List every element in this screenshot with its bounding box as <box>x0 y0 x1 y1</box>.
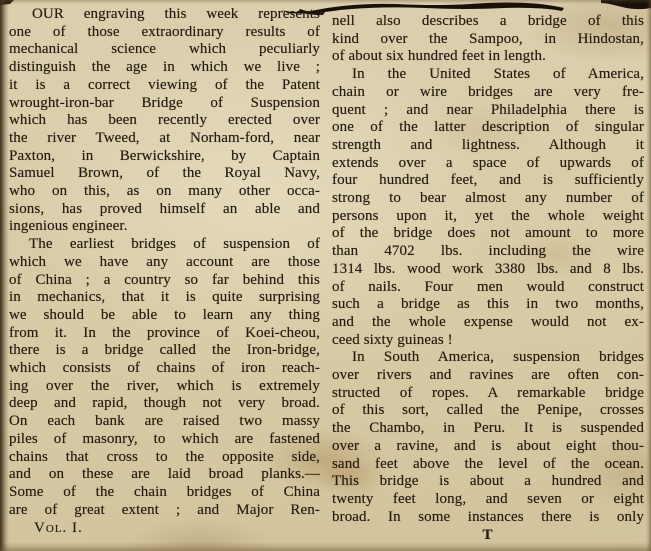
text-line: Paxton, in Berwickshire, by Captain <box>9 148 320 166</box>
text-line: wrought-iron-bar Bridge of Suspension <box>9 95 320 113</box>
text-line: over a ravine, and is about eight thou- <box>332 438 644 456</box>
text-line: This bridge is about a hundred and <box>332 473 644 491</box>
text-line: nell also describes a bridge of this <box>332 13 644 31</box>
text-line: piles of masonry, to which are fastened <box>9 431 320 449</box>
scan-edge-right <box>646 0 651 551</box>
text-line: persons upon it, yet the whole weight <box>332 208 644 226</box>
text-line: sions, has proved himself an able and <box>9 201 320 219</box>
scan-edge-bottom <box>0 542 651 551</box>
text-line: and on these are laid broad planks.— <box>9 466 320 484</box>
text-line: mechanical science which peculiarly <box>9 41 320 59</box>
text-line: from it. In the province of Koei-cheou, <box>9 325 320 343</box>
text-line: of the bridge does not amount to more <box>332 225 644 243</box>
text-line: in mechanics, that it is quite surprisin… <box>9 289 320 307</box>
text-line: extends over a space of upwards of <box>332 155 644 173</box>
text-line: than 4702 lbs. including the wire <box>332 243 644 261</box>
text-line: which we have any account are those <box>9 254 320 272</box>
paragraph: The earliest bridges of suspension ofwhi… <box>9 236 320 519</box>
text-line: The earliest bridges of suspension of <box>9 236 320 254</box>
right-column: nell also describes a bridge of thiskind… <box>332 0 644 545</box>
text-line: such a bridge as this in two months, <box>332 296 644 314</box>
text-line: ceed sixty guineas ! <box>332 332 644 350</box>
paragraph: nell also describes a bridge of thiskind… <box>332 13 644 66</box>
text-line: Some of the chain bridges of China <box>9 484 320 502</box>
text-line: over rivers and ravines are often con- <box>332 367 644 385</box>
text-line: quent ; and near Philadelphia there is <box>332 102 644 120</box>
text-line: In the United States of America, <box>332 66 644 84</box>
paragraph: In the United States of America,chain or… <box>332 66 644 349</box>
text-line: of China ; a country so far behind this <box>9 272 320 290</box>
text-line: are of great extent ; and Major Ren- <box>9 502 320 520</box>
left-column: OUR engraving this week representsone of… <box>9 0 320 545</box>
scanned-page: OUR engraving this week representsone of… <box>0 0 651 551</box>
text-line: broad. In some instances there is only <box>332 509 644 527</box>
text-line: OUR engraving this week represents <box>9 6 320 24</box>
text-line: sand feet above the level of the ocean. <box>332 456 644 474</box>
paragraph: OUR engraving this week representsone of… <box>9 6 320 236</box>
text-line: one of the latter description of singula… <box>332 119 644 137</box>
scan-edge-left <box>0 0 9 551</box>
text-line: strong to bear almost any number of <box>332 190 644 208</box>
paragraph: In South America, suspension bridgesover… <box>332 349 644 526</box>
text-line: of nails. Four men would construct <box>332 279 644 297</box>
text-line: ingenious engineer. <box>9 218 320 236</box>
text-line: and the whole expense would not ex- <box>332 314 644 332</box>
volume-label: Vol. I. <box>34 520 320 538</box>
text-line: 1314 lbs. wood work 3380 lbs. and 8 lbs. <box>332 261 644 279</box>
text-line: deep and rapid, though not very broad. <box>9 395 320 413</box>
text-line: there is a bridge called the Iron-bridge… <box>9 342 320 360</box>
text-line: On each bank are raised two massy <box>9 413 320 431</box>
text-line: of this sort, called the Penipe, crosses <box>332 402 644 420</box>
text-line: kind over the Sampoo, in Hindostan, <box>332 31 644 49</box>
text-line: the Chambo, in Peru. It is suspended <box>332 420 644 438</box>
text-line: distinguish the age in which we live ; <box>9 59 320 77</box>
text-line: four hundred feet, and is sufficiently <box>332 172 644 190</box>
right-column-paragraphs: nell also describes a bridge of thiskind… <box>332 13 644 526</box>
text-line: strength and lightness. Although it <box>332 137 644 155</box>
left-column-paragraphs: OUR engraving this week representsone of… <box>9 6 320 519</box>
text-line: one of those extraordinary results of <box>9 24 320 42</box>
text-line: it is a correct viewing of the Patent <box>9 77 320 95</box>
scan-edge-top <box>0 0 651 4</box>
text-line: structed of ropes. A remarkable bridge <box>332 385 644 403</box>
text-line: of about six hundred feet in length. <box>332 48 644 66</box>
text-line: the river Tweed, at Norham-ford, near <box>9 130 320 148</box>
text-line: we should be able to learn any thing <box>9 307 320 325</box>
text-line: which consists of chains of iron reach- <box>9 360 320 378</box>
text-line: twenty feet long, and seven or eight <box>332 491 644 509</box>
text-line: chain or wire bridges are very fre- <box>332 84 644 102</box>
text-line: In South America, suspension bridges <box>332 349 644 367</box>
text-line: chains that cross to the opposite side, <box>9 449 320 467</box>
text-columns: OUR engraving this week representsone of… <box>9 0 644 545</box>
text-line: Samuel Brown, of the Royal Navy, <box>9 165 320 183</box>
text-line: ing over the river, which is extremely <box>9 378 320 396</box>
text-line: who on this, as on many other occa- <box>9 183 320 201</box>
text-line: which has been recently erected over <box>9 112 320 130</box>
